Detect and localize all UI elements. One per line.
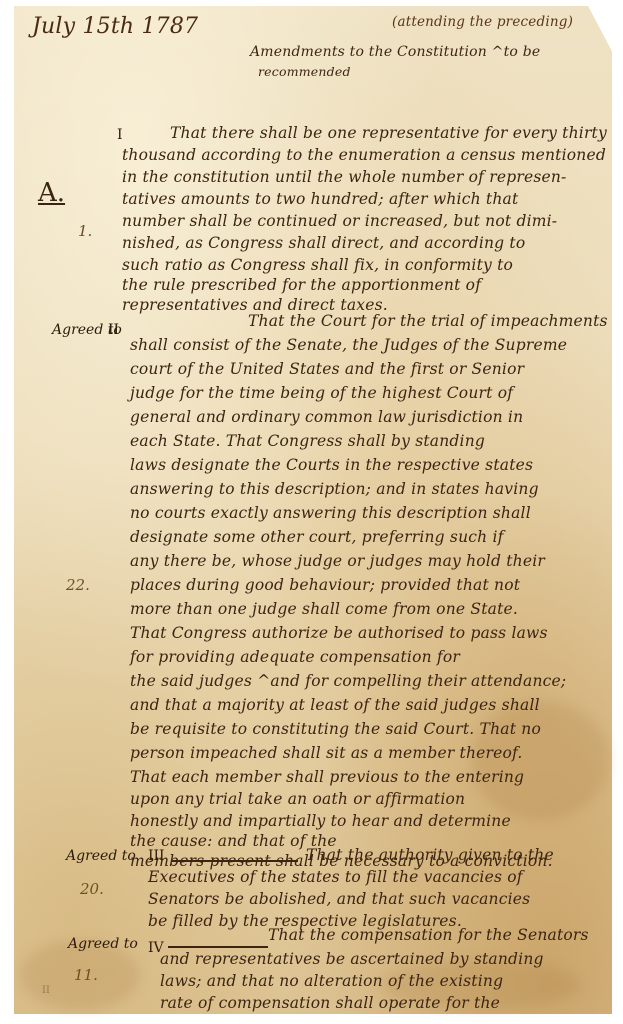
article-line: court of the United States and the first…	[130, 360, 524, 378]
article-line: no courts exactly answering this descrip…	[130, 504, 531, 522]
article-line: in the constitution until the whole numb…	[122, 168, 566, 186]
article-line: such ratio as Congress shall fix, in con…	[122, 256, 513, 274]
article-line: That the authority given to the	[306, 846, 554, 864]
article-numeral: III	[148, 848, 165, 864]
article-line: That the Court for the trial of impeachm…	[248, 312, 608, 330]
article-line: number shall be continued or increased, …	[122, 212, 557, 230]
article-line: any there be, whose judge or judges may …	[130, 552, 545, 570]
article-line: tatives amounts to two hundred; after wh…	[122, 190, 518, 208]
article-line: nished, as Congress shall direct, and ac…	[122, 234, 525, 252]
article-line: and representatives be ascertained by st…	[160, 950, 544, 968]
document-date: July 15th 1787	[32, 14, 198, 39]
document-title-continued: recommended	[258, 64, 351, 79]
article-numeral: II	[108, 322, 119, 338]
margin-number: 1.	[78, 222, 92, 240]
article-line: Executives of the states to fill the vac…	[148, 868, 523, 886]
article-line: designate some other court, preferring s…	[130, 528, 504, 546]
article-line: judge for the time being of the highest …	[130, 384, 513, 402]
header-note: (attending the preceding)	[392, 14, 573, 30]
article-line: thousand according to the enumeration a …	[122, 146, 606, 164]
margin-agreed-note: Agreed to	[68, 936, 138, 952]
margin-agreed-note: Agreed to	[66, 848, 136, 864]
article-line: more than one judge shall come from one …	[130, 600, 518, 618]
article-line: places during good behaviour; provided t…	[130, 576, 520, 594]
article-line: general and ordinary common law jurisdic…	[130, 408, 523, 426]
article-line: the rule prescribed for the apportionmen…	[122, 276, 481, 294]
article-line: upon any trial take an oath or affirmati…	[130, 790, 465, 808]
article-line: answering to this description; and in st…	[130, 480, 539, 498]
margin-number: 20.	[80, 880, 104, 898]
margin-number: 22.	[66, 576, 90, 594]
section-mark: A.	[38, 178, 65, 208]
article-numeral: I	[117, 127, 123, 143]
dash-rule	[172, 860, 298, 862]
page-mark: II	[42, 985, 50, 996]
article-line: That Congress authorize be authorised to…	[130, 624, 548, 642]
article-line: That each member shall previous to the e…	[130, 768, 524, 786]
article-line: be requisite to constituting the said Co…	[130, 720, 541, 738]
article-line: Senators be abolished, and that such vac…	[148, 890, 530, 908]
article-line: shall consist of the Senate, the Judges …	[130, 336, 567, 354]
article-line: laws; and that no alteration of the exis…	[160, 972, 503, 990]
dash-rule	[168, 946, 268, 948]
article-line: the said judges ^and for compelling thei…	[130, 672, 566, 690]
article-line: That there shall be one representative f…	[170, 124, 607, 142]
article-line: for providing adequate compensation for	[130, 648, 460, 666]
margin-number: 11.	[74, 966, 98, 984]
article-line: and that a majority at least of the said…	[130, 696, 540, 714]
article-line: That the compensation for the Senators	[268, 926, 589, 944]
article-line: person impeached shall sit as a member t…	[130, 744, 523, 762]
document-title: Amendments to the Constitution ^to be	[250, 44, 540, 60]
article-line: honestly and impartially to hear and det…	[130, 812, 511, 830]
article-line: laws designate the Courts in the respect…	[130, 456, 533, 474]
article-line: each State. That Congress shall by stand…	[130, 432, 485, 450]
article-line: rate of compensation shall operate for t…	[160, 994, 500, 1012]
